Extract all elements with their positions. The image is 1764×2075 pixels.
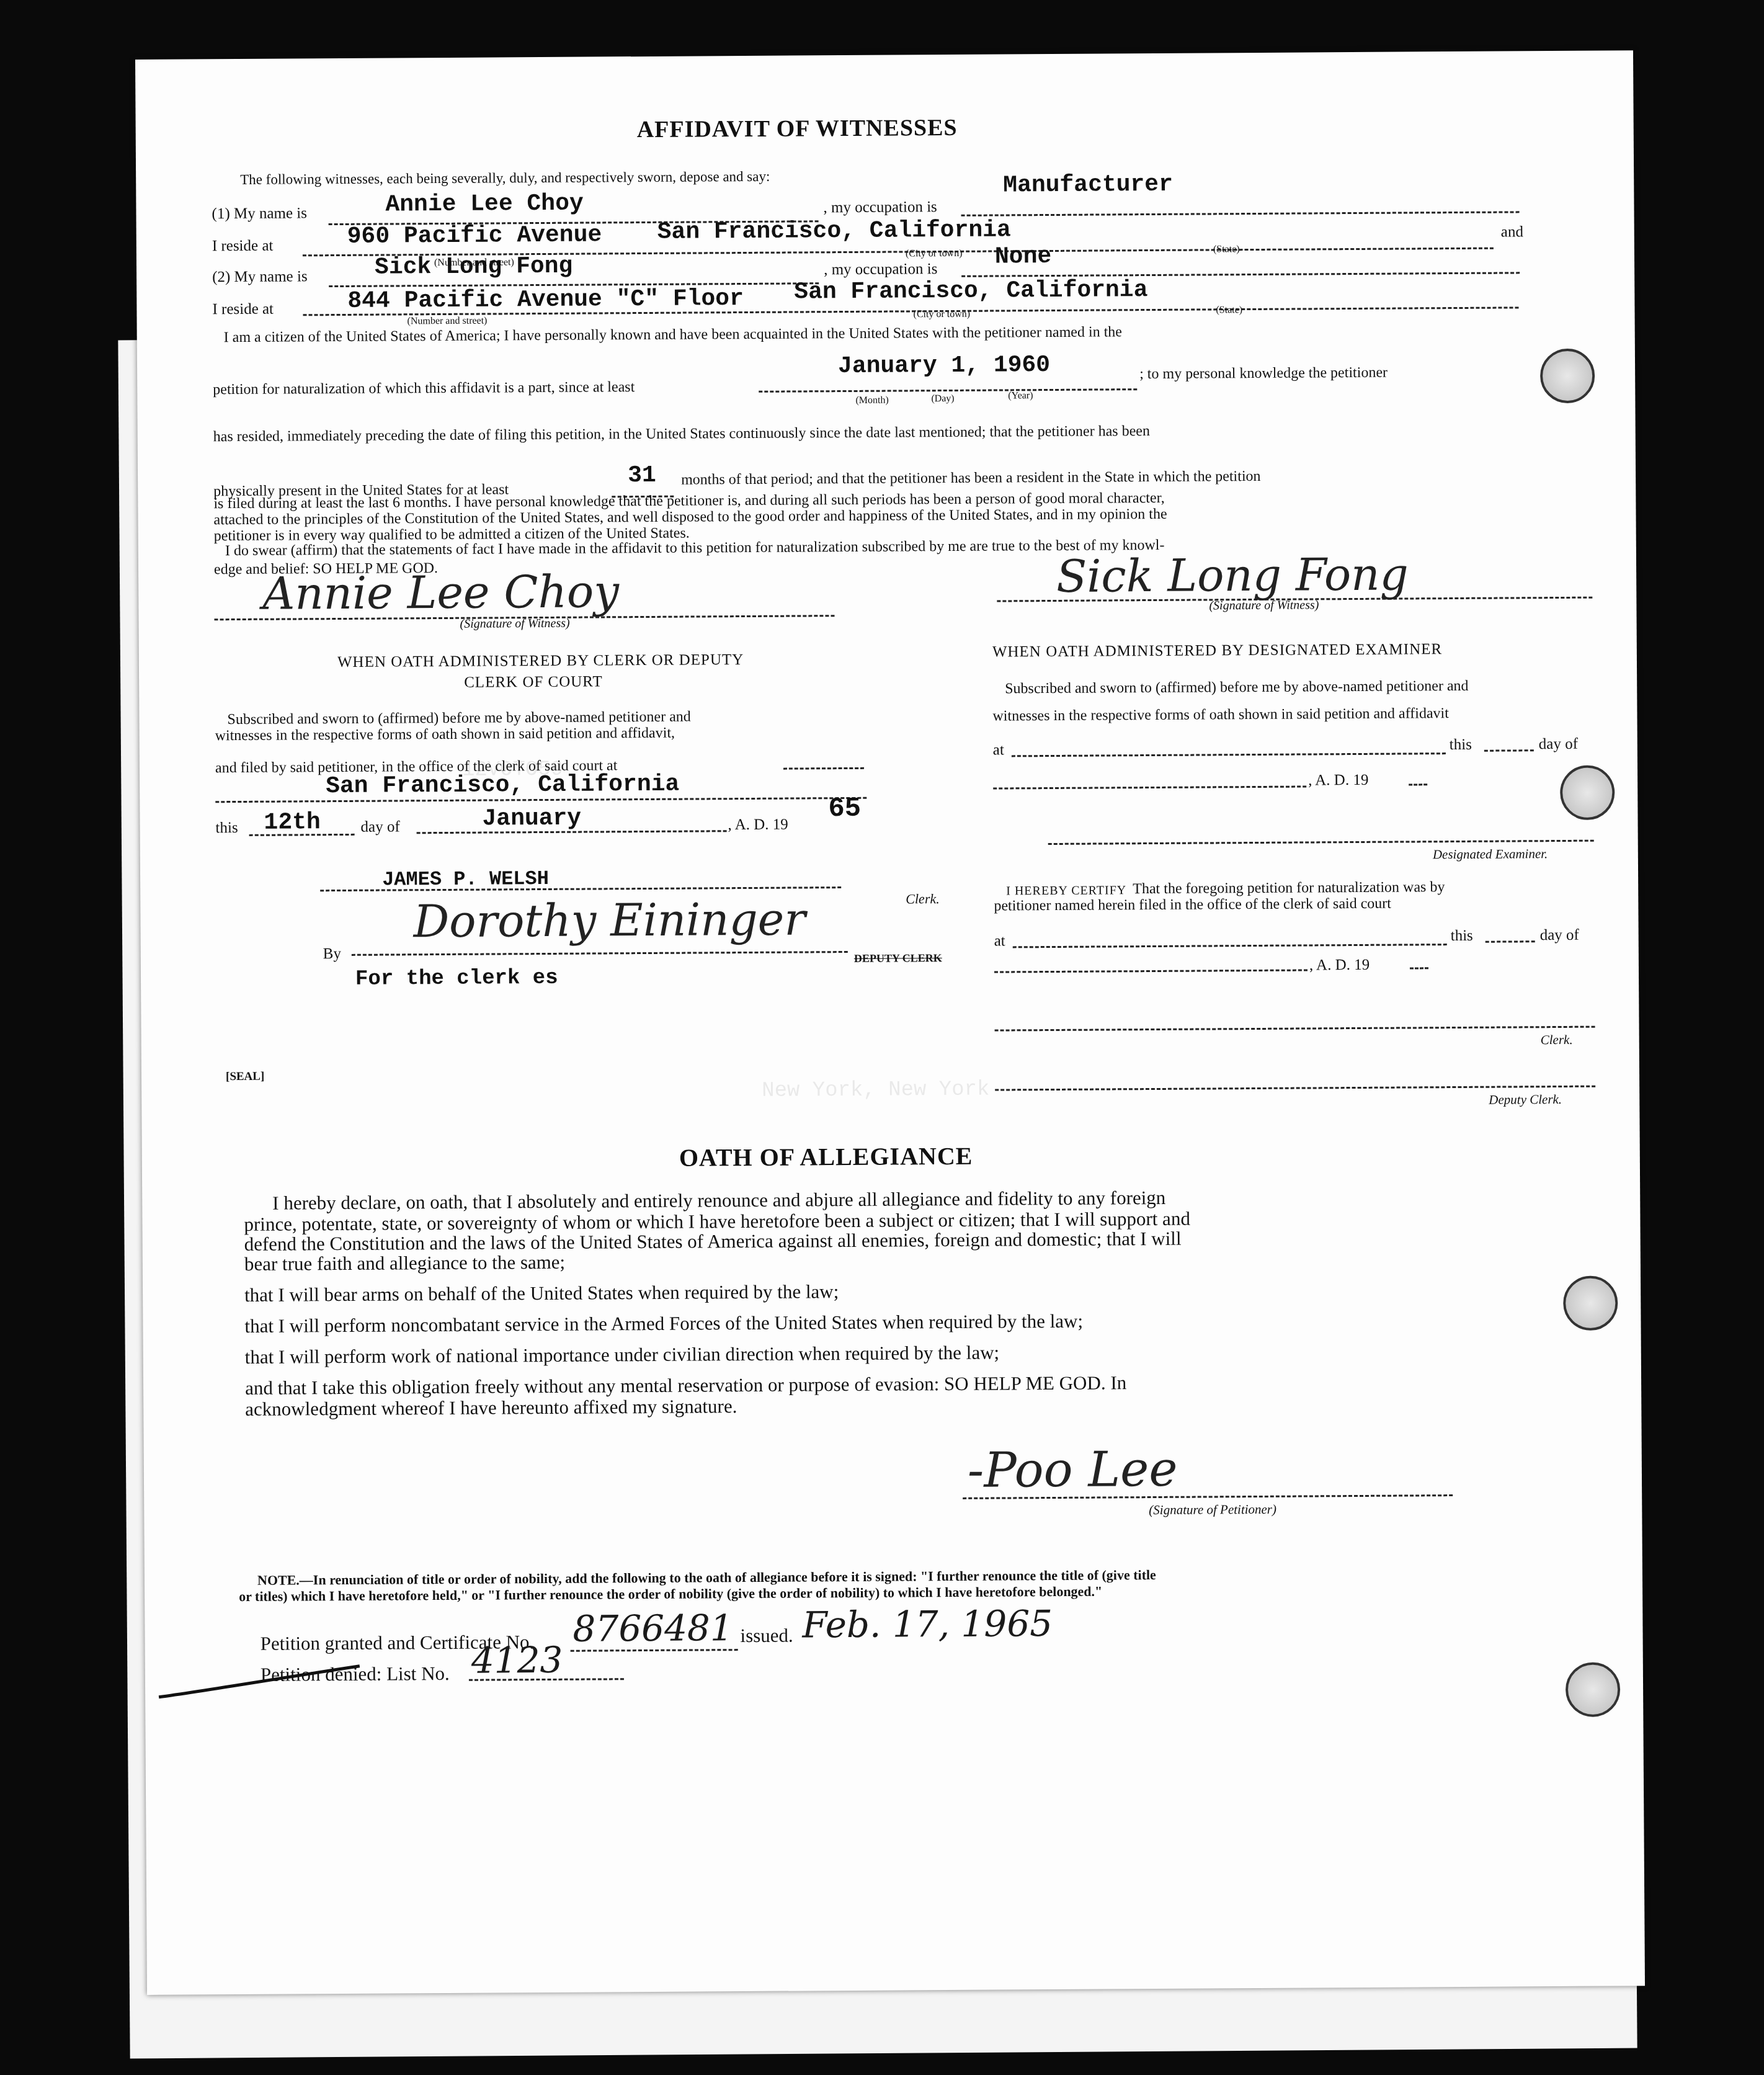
witness2-name[interactable]: Sick Long Fong bbox=[375, 253, 573, 281]
petitioner-signature-label: (Signature of Petitioner) bbox=[1149, 1502, 1276, 1518]
examiner-year-line bbox=[1409, 783, 1427, 785]
certify-at-label: at bbox=[994, 932, 1005, 950]
certify-line: That the foregoing petition for naturali… bbox=[1133, 879, 1445, 898]
for-the-clerk: For the clerk es bbox=[355, 966, 558, 991]
clerk-at-line bbox=[783, 767, 864, 770]
witness1-and-label: and bbox=[1501, 223, 1523, 241]
oath-line: that I will perform noncombatant service… bbox=[244, 1311, 1083, 1337]
deputy-signature-line bbox=[352, 951, 848, 956]
witness2-street[interactable]: 844 Pacific Avenue "C" Floor bbox=[347, 285, 744, 315]
list-number[interactable]: 4123 bbox=[471, 1639, 563, 1682]
oath-line: that I will bear arms on behalf of the U… bbox=[244, 1281, 839, 1306]
oath-line: bear true faith and allegiance to the sa… bbox=[244, 1252, 565, 1275]
clerk-month[interactable]: January bbox=[482, 805, 581, 832]
certify-lead: I HEREBY CERTIFY bbox=[1006, 883, 1126, 898]
witness2-name-label: (2) My name is bbox=[212, 268, 308, 286]
witness1-city-state[interactable]: San Francisco, California bbox=[657, 216, 1011, 245]
this-label: this bbox=[215, 819, 238, 837]
document-page: 12VOTO59 New York, New York AFFIDAVIT OF… bbox=[135, 50, 1645, 1995]
affidavit-body-line: has resided, immediately preceding the d… bbox=[213, 423, 1150, 445]
label-year: (Year) bbox=[1008, 390, 1033, 401]
oath-line: acknowledgment whereof I have hereunto a… bbox=[245, 1396, 737, 1420]
witness2-signature: Sick Long Fong bbox=[1056, 548, 1409, 602]
certify-this-label: this bbox=[1451, 927, 1473, 945]
since-date[interactable]: January 1, 1960 bbox=[838, 352, 1050, 380]
bleed-through-text: New York, New York bbox=[762, 1078, 989, 1103]
clerk-section-heading: WHEN OATH ADMINISTERED BY CLERK OR DEPUT… bbox=[337, 651, 744, 671]
label-state: (State) bbox=[1216, 305, 1242, 316]
oath-line: that I will perform work of national imp… bbox=[245, 1342, 1000, 1368]
clerk-year[interactable]: 65 bbox=[828, 793, 861, 824]
by-label: By bbox=[323, 945, 341, 963]
label-city-town: (City or town) bbox=[913, 309, 970, 321]
certify-line: petitioner named herein filed in the off… bbox=[994, 896, 1391, 915]
witness1-name-label: (1) My name is bbox=[212, 205, 307, 223]
witness1-name[interactable]: Annie Lee Choy bbox=[385, 190, 584, 218]
examiner-signature-line bbox=[1048, 840, 1594, 845]
certify-clerk-label: Clerk. bbox=[1541, 1032, 1573, 1048]
certify-deputy-label: Deputy Clerk. bbox=[1489, 1092, 1562, 1108]
certify-clerk-line bbox=[995, 1026, 1595, 1032]
ad-label: , A. D. 19 bbox=[728, 816, 788, 834]
clerk-name: JAMES P. WELSH bbox=[382, 867, 549, 891]
oath-title: OATH OF ALLEGIANCE bbox=[679, 1141, 973, 1172]
clerk-section-heading-2: CLERK OF COURT bbox=[464, 673, 603, 691]
petitioner-signature: -Poo Lee bbox=[968, 1442, 1178, 1499]
certify-day-line bbox=[1486, 940, 1535, 942]
label-month: (Month) bbox=[855, 395, 888, 406]
witness1-street[interactable]: 960 Pacific Avenue bbox=[347, 221, 602, 250]
clerk-text-line: witnesses in the respective forms of oat… bbox=[215, 725, 675, 745]
examiner-month-line bbox=[993, 785, 1306, 789]
witness2-reside-label: I reside at bbox=[212, 301, 274, 319]
clerk-label: Clerk. bbox=[906, 891, 940, 907]
examiner-text-line: witnesses in the respective forms of oat… bbox=[992, 705, 1449, 725]
label-city-town: (City or town) bbox=[906, 248, 963, 260]
witness1-occupation-line bbox=[961, 211, 1520, 216]
certificate-number[interactable]: 8766481 bbox=[572, 1607, 733, 1650]
witness1-occupation[interactable]: Manufacturer bbox=[1003, 171, 1173, 199]
affidavit-title: AFFIDAVIT OF WITNESSES bbox=[637, 114, 958, 143]
affidavit-body-line: ; to my personal knowledge the petitione… bbox=[1139, 365, 1388, 383]
examiner-this-label: this bbox=[1450, 736, 1472, 754]
affidavit-body-line: petition for naturalization of which thi… bbox=[213, 379, 635, 398]
clerk-day[interactable]: 12th bbox=[264, 809, 320, 836]
witness2-signature-label: (Signature of Witness) bbox=[1209, 598, 1319, 613]
hole-punch-1 bbox=[1540, 349, 1595, 404]
struck-deputy-label: DEPUTY CLERK bbox=[854, 952, 942, 965]
witness2-occupation-label: , my occupation is bbox=[824, 261, 937, 279]
witness1-occupation-label: , my occupation is bbox=[823, 199, 937, 216]
months-present[interactable]: 31 bbox=[628, 462, 656, 489]
certify-deputy-line bbox=[995, 1086, 1595, 1091]
label-day: (Day) bbox=[931, 393, 954, 404]
oath-line: and that I take this obligation freely w… bbox=[245, 1372, 1126, 1399]
since-date-line bbox=[759, 388, 1137, 393]
seal-label: [SEAL] bbox=[226, 1070, 264, 1084]
witness1-signature: Annie Lee Choy bbox=[262, 565, 619, 620]
examiner-ad-label: , A. D. 19 bbox=[1308, 772, 1368, 790]
day-of-label: day of bbox=[360, 818, 399, 836]
strike-through-denied bbox=[158, 1653, 362, 1703]
examiner-label: Designated Examiner. bbox=[1433, 846, 1548, 862]
deputy-signature: Dorothy Eininger bbox=[413, 893, 806, 947]
affidavit-intro: The following witnesses, each being seve… bbox=[240, 169, 770, 188]
label-number-street: (Number and street) bbox=[408, 316, 488, 328]
hole-punch-4 bbox=[1566, 1662, 1621, 1717]
examiner-at-label: at bbox=[993, 741, 1004, 759]
clerk-place[interactable]: San Francisco, California bbox=[326, 771, 679, 800]
witness1-signature-label: (Signature of Witness) bbox=[460, 617, 570, 631]
witness2-city-state[interactable]: San Francisco, California bbox=[794, 277, 1147, 305]
examiner-section-heading: WHEN OATH ADMINISTERED BY DESIGNATED EXA… bbox=[992, 641, 1442, 661]
examiner-day-of-label: day of bbox=[1539, 736, 1578, 753]
hole-punch-3 bbox=[1563, 1275, 1618, 1331]
affidavit-body-line: months of that period; and that the peti… bbox=[681, 468, 1261, 489]
witness1-reside-label: I reside at bbox=[212, 238, 274, 256]
hole-punch-2 bbox=[1560, 765, 1615, 820]
witness2-occupation[interactable]: None bbox=[995, 243, 1051, 270]
certify-day-of-label: day of bbox=[1540, 927, 1579, 944]
issued-date[interactable]: Feb. 17, 1965 bbox=[802, 1602, 1053, 1646]
examiner-text-line: Subscribed and sworn to (affirmed) befor… bbox=[1005, 678, 1468, 698]
label-state: (State) bbox=[1213, 244, 1240, 255]
affidavit-body-line: I am a citizen of the United States of A… bbox=[224, 324, 1122, 346]
examiner-day-line bbox=[1484, 749, 1534, 751]
certify-year-line bbox=[1410, 967, 1428, 969]
oath-line: defend the Constitution and the laws of … bbox=[244, 1228, 1182, 1255]
witness2-occupation-line bbox=[961, 272, 1520, 277]
examiner-at-line bbox=[1012, 752, 1446, 757]
certify-at-line bbox=[1013, 944, 1447, 948]
certify-month-line bbox=[994, 969, 1307, 973]
certify-ad-label: , A. D. 19 bbox=[1309, 957, 1370, 975]
issued-label: issued. bbox=[740, 1625, 793, 1647]
